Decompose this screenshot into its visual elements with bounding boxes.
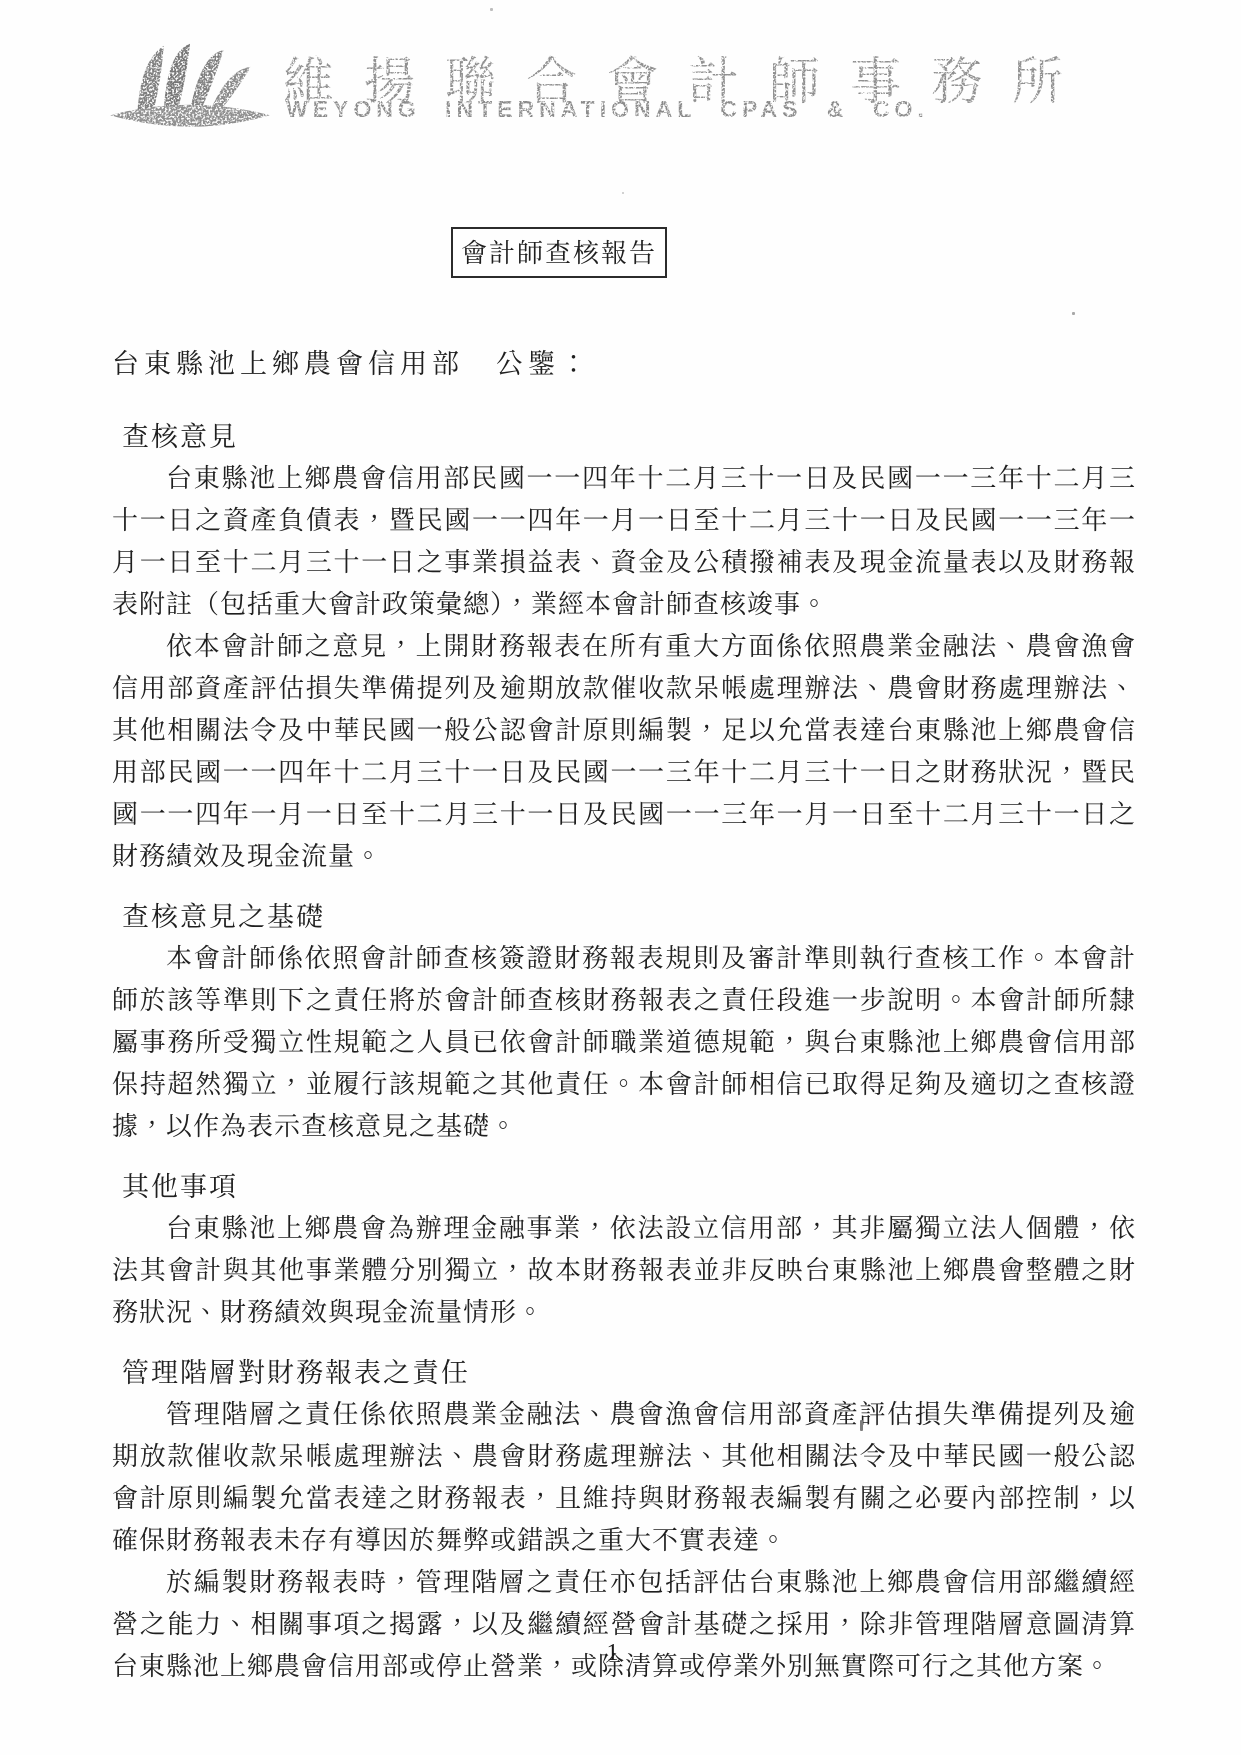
scan-speck [490, 8, 493, 11]
section-heading: 查核意見之基礎 [122, 896, 1136, 938]
section-heading: 查核意見 [122, 416, 1136, 458]
section-heading: 管理階層對財務報表之責任 [122, 1352, 1136, 1394]
report-sections: 查核意見台東縣池上鄉農會信用部民國一一四年十二月三十一日及民國一一三年十二月三十… [112, 416, 1136, 1688]
letterhead: 維揚聯合會計師事務所 WEYONG INTERNATIONAL CPAS & C… [0, 0, 1241, 160]
scan-speck [348, 1267, 351, 1270]
report-title: 會計師查核報告 [451, 227, 667, 278]
page-number: 1 [0, 1640, 1225, 1667]
scan-speck [1072, 312, 1075, 315]
scanned-audit-report-page: { "letterhead": { "firm_name_zh": "維揚聯合會… [0, 0, 1241, 1755]
section-paragraph: 台東縣池上鄉農會信用部民國一一四年十二月三十一日及民國一一三年十二月三十一日之資… [112, 458, 1136, 626]
section-paragraph: 台東縣池上鄉農會為辦理金融事業，依法設立信用部，其非屬獨立法人個體，依法其會計與… [112, 1208, 1136, 1334]
scan-speck [622, 192, 624, 194]
lotus-emblem-icon [106, 36, 274, 144]
scan-speck [860, 1420, 863, 1431]
firm-name-english: WEYONG INTERNATIONAL CPAS & CO. [286, 96, 929, 123]
section-paragraph: 管理階層之責任係依照農業金融法、農會漁會信用部資產評估損失準備提列及逾期放款催收… [112, 1394, 1136, 1562]
section-paragraph: 依本會計師之意見，上開財務報表在所有重大方面係依照農業金融法、農會漁會信用部資產… [112, 626, 1136, 878]
section-heading: 其他事項 [122, 1166, 1136, 1208]
section-paragraph: 本會計師係依照會計師查核簽證財務報表規則及審計準則執行查核工作。本會計師於該等準… [112, 938, 1136, 1148]
section-paragraph: 於編製財務報表時，管理階層之責任亦包括評估台東縣池上鄉農會信用部繼續經營之能力、… [112, 1562, 1136, 1688]
addressee-line: 台東縣池上鄉農會信用部 公鑒： [112, 342, 592, 381]
